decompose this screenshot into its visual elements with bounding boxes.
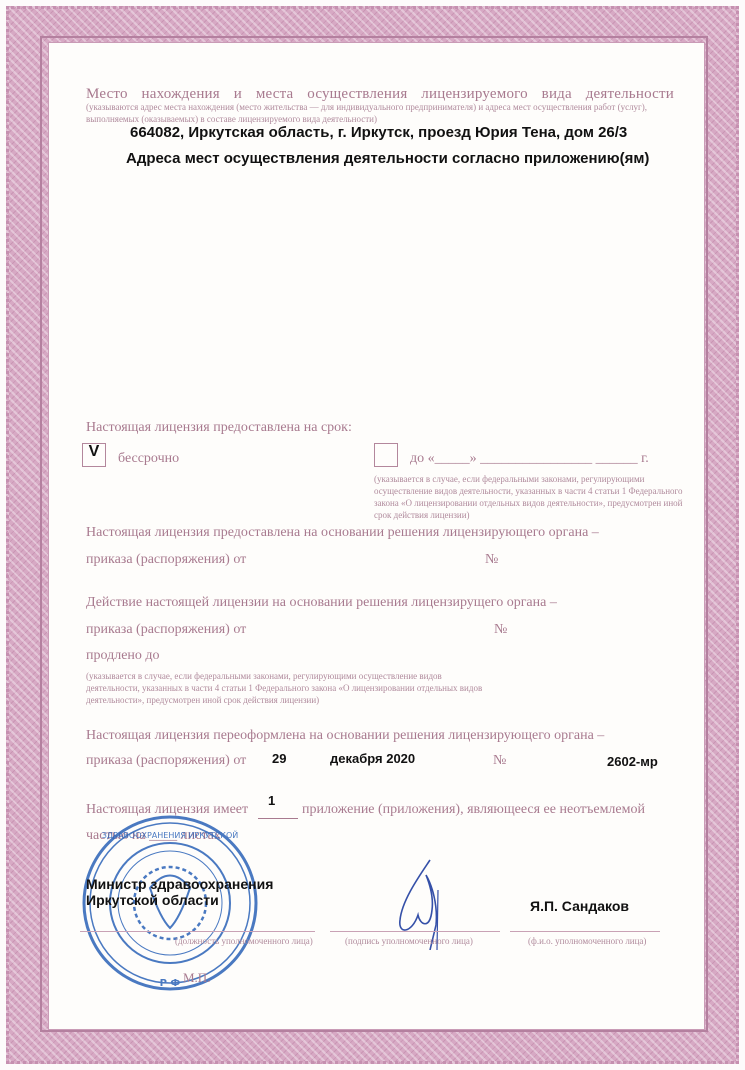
reissue-month-year: декабря 2020 [330,751,415,766]
extension-line-2: приказа (распоряжения) от [86,622,246,638]
term-title: Настоящая лицензия предоставлена на срок… [86,420,352,436]
until-date-checkbox[interactable] [374,443,398,467]
basis-line-1: Настоящая лицензия предоставлена на осно… [86,525,599,541]
perpetual-label: бессрочно [118,451,179,467]
stamp-ring-text: ЗДРАВООХРАНЕНИЯ ИРКУТСКОЙ [102,829,239,840]
svg-text:Р Ф: Р Ф [160,978,181,989]
reissue-order-number: 2602-мр [607,754,658,769]
extension-number-sign: № [494,622,507,638]
until-date-note: (указывается в случае, если федеральными… [374,473,694,521]
reissue-day: 29 [272,751,286,766]
location-note: (указываются адрес места нахождения (мес… [86,101,676,125]
reissue-line-1: Настоящая лицензия переоформлена на осно… [86,728,604,744]
appendix-count-blank [258,804,298,819]
perpetual-checkbox[interactable]: V [82,443,106,467]
signature-caption: (подпись уполномоченного лица) [345,935,473,947]
name-line [510,931,660,932]
appendix-suffix: приложение (приложения), являющееся ее н… [302,802,645,818]
basis-number-sign: № [485,552,498,568]
until-date-label: до «_____» ________________ ______ г. [410,451,649,467]
position-line [80,931,315,932]
reissue-line-2: приказа (распоряжения) от [86,753,246,769]
extended-until-label: продлено до [86,648,160,664]
name-caption: (ф.и.о. уполномоченного лица) [528,935,646,947]
address-value: 664082, Иркутская область, г. Иркутск, п… [130,124,627,141]
position-value: Министр здравоохранения Иркутской област… [86,876,286,908]
check-mark-icon: V [89,444,100,460]
reissue-number-sign: № [493,753,506,769]
activity-addresses-value: Адреса мест осуществления деятельности с… [126,150,649,167]
basis-line-2: приказа (распоряжения) от [86,552,246,568]
signature-line [330,931,500,932]
extension-line-1: Действие настоящей лицензии на основании… [86,595,557,611]
extension-note: (указывается в случае, если федеральными… [86,670,486,706]
seal-place-label: М.П. [183,970,210,986]
position-caption: (должность уполномоченного лица) [175,935,313,947]
appendix-count: 1 [268,793,275,808]
signatory-name: Я.П. Сандаков [530,898,629,914]
